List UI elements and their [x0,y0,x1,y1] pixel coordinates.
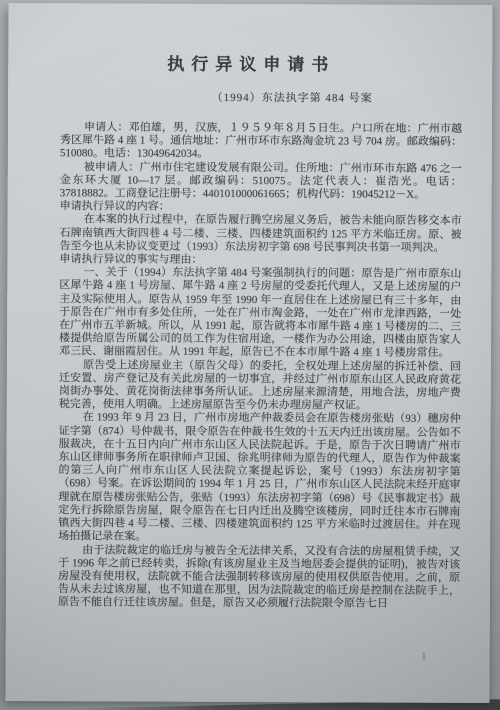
facts-paragraph-3: 在 1993 年 9 月 23 日，广州市房地产仲裁委员会在原告楼房张贴（93）… [58,412,461,546]
respondent-paragraph: 被申请人：广州市住宅建设发展有限公司。住所地：广州市环市东路 476 之一金东环… [60,161,462,202]
document-content: 执行异议申请书 （1994）东法执字第 484 号案 申请人：邓伯雄，男，汉族，… [58,49,463,651]
facts-paragraph-2: 原告受上述房屋业主（原告父母）的委托，全权处理上述房屋的拆迁补偿、回迁安置、房产… [59,359,461,414]
document-title: 执行异议申请书 [60,49,442,76]
case-number: （1994）东法执字第 484 号案 [60,88,462,106]
document-body: 申请人：邓伯雄，男，汉族，１９５９年８月５日生。户口所在地：广州市越秀区犀牛路 … [58,121,462,651]
facts-paragraph-1: 一、关于（1994）东法执字第 484 号案强制执行的问题：原告是广州市原东山区… [59,266,461,360]
page-number: 1 [422,651,427,661]
paper-page: 执行异议申请书 （1994）东法执字第 484 号案 申请人：邓伯雄，男，汉族，… [5,3,492,703]
applicant-paragraph: 申请人：邓伯雄，男，汉族，１９５９年８月５日生。户口所在地：广州市越秀区犀牛路 … [60,121,462,162]
objection-content-paragraph: 在本案的执行过程中，在原告履行腾空房屋义务后，被告未能向原告移交本市石牌南镇西大… [59,214,461,255]
facts-paragraph-4: 由于法院裁定的临迁房与被告全无法律关系，又没有合法的房屋租赁手续，又于 1996… [58,544,460,612]
